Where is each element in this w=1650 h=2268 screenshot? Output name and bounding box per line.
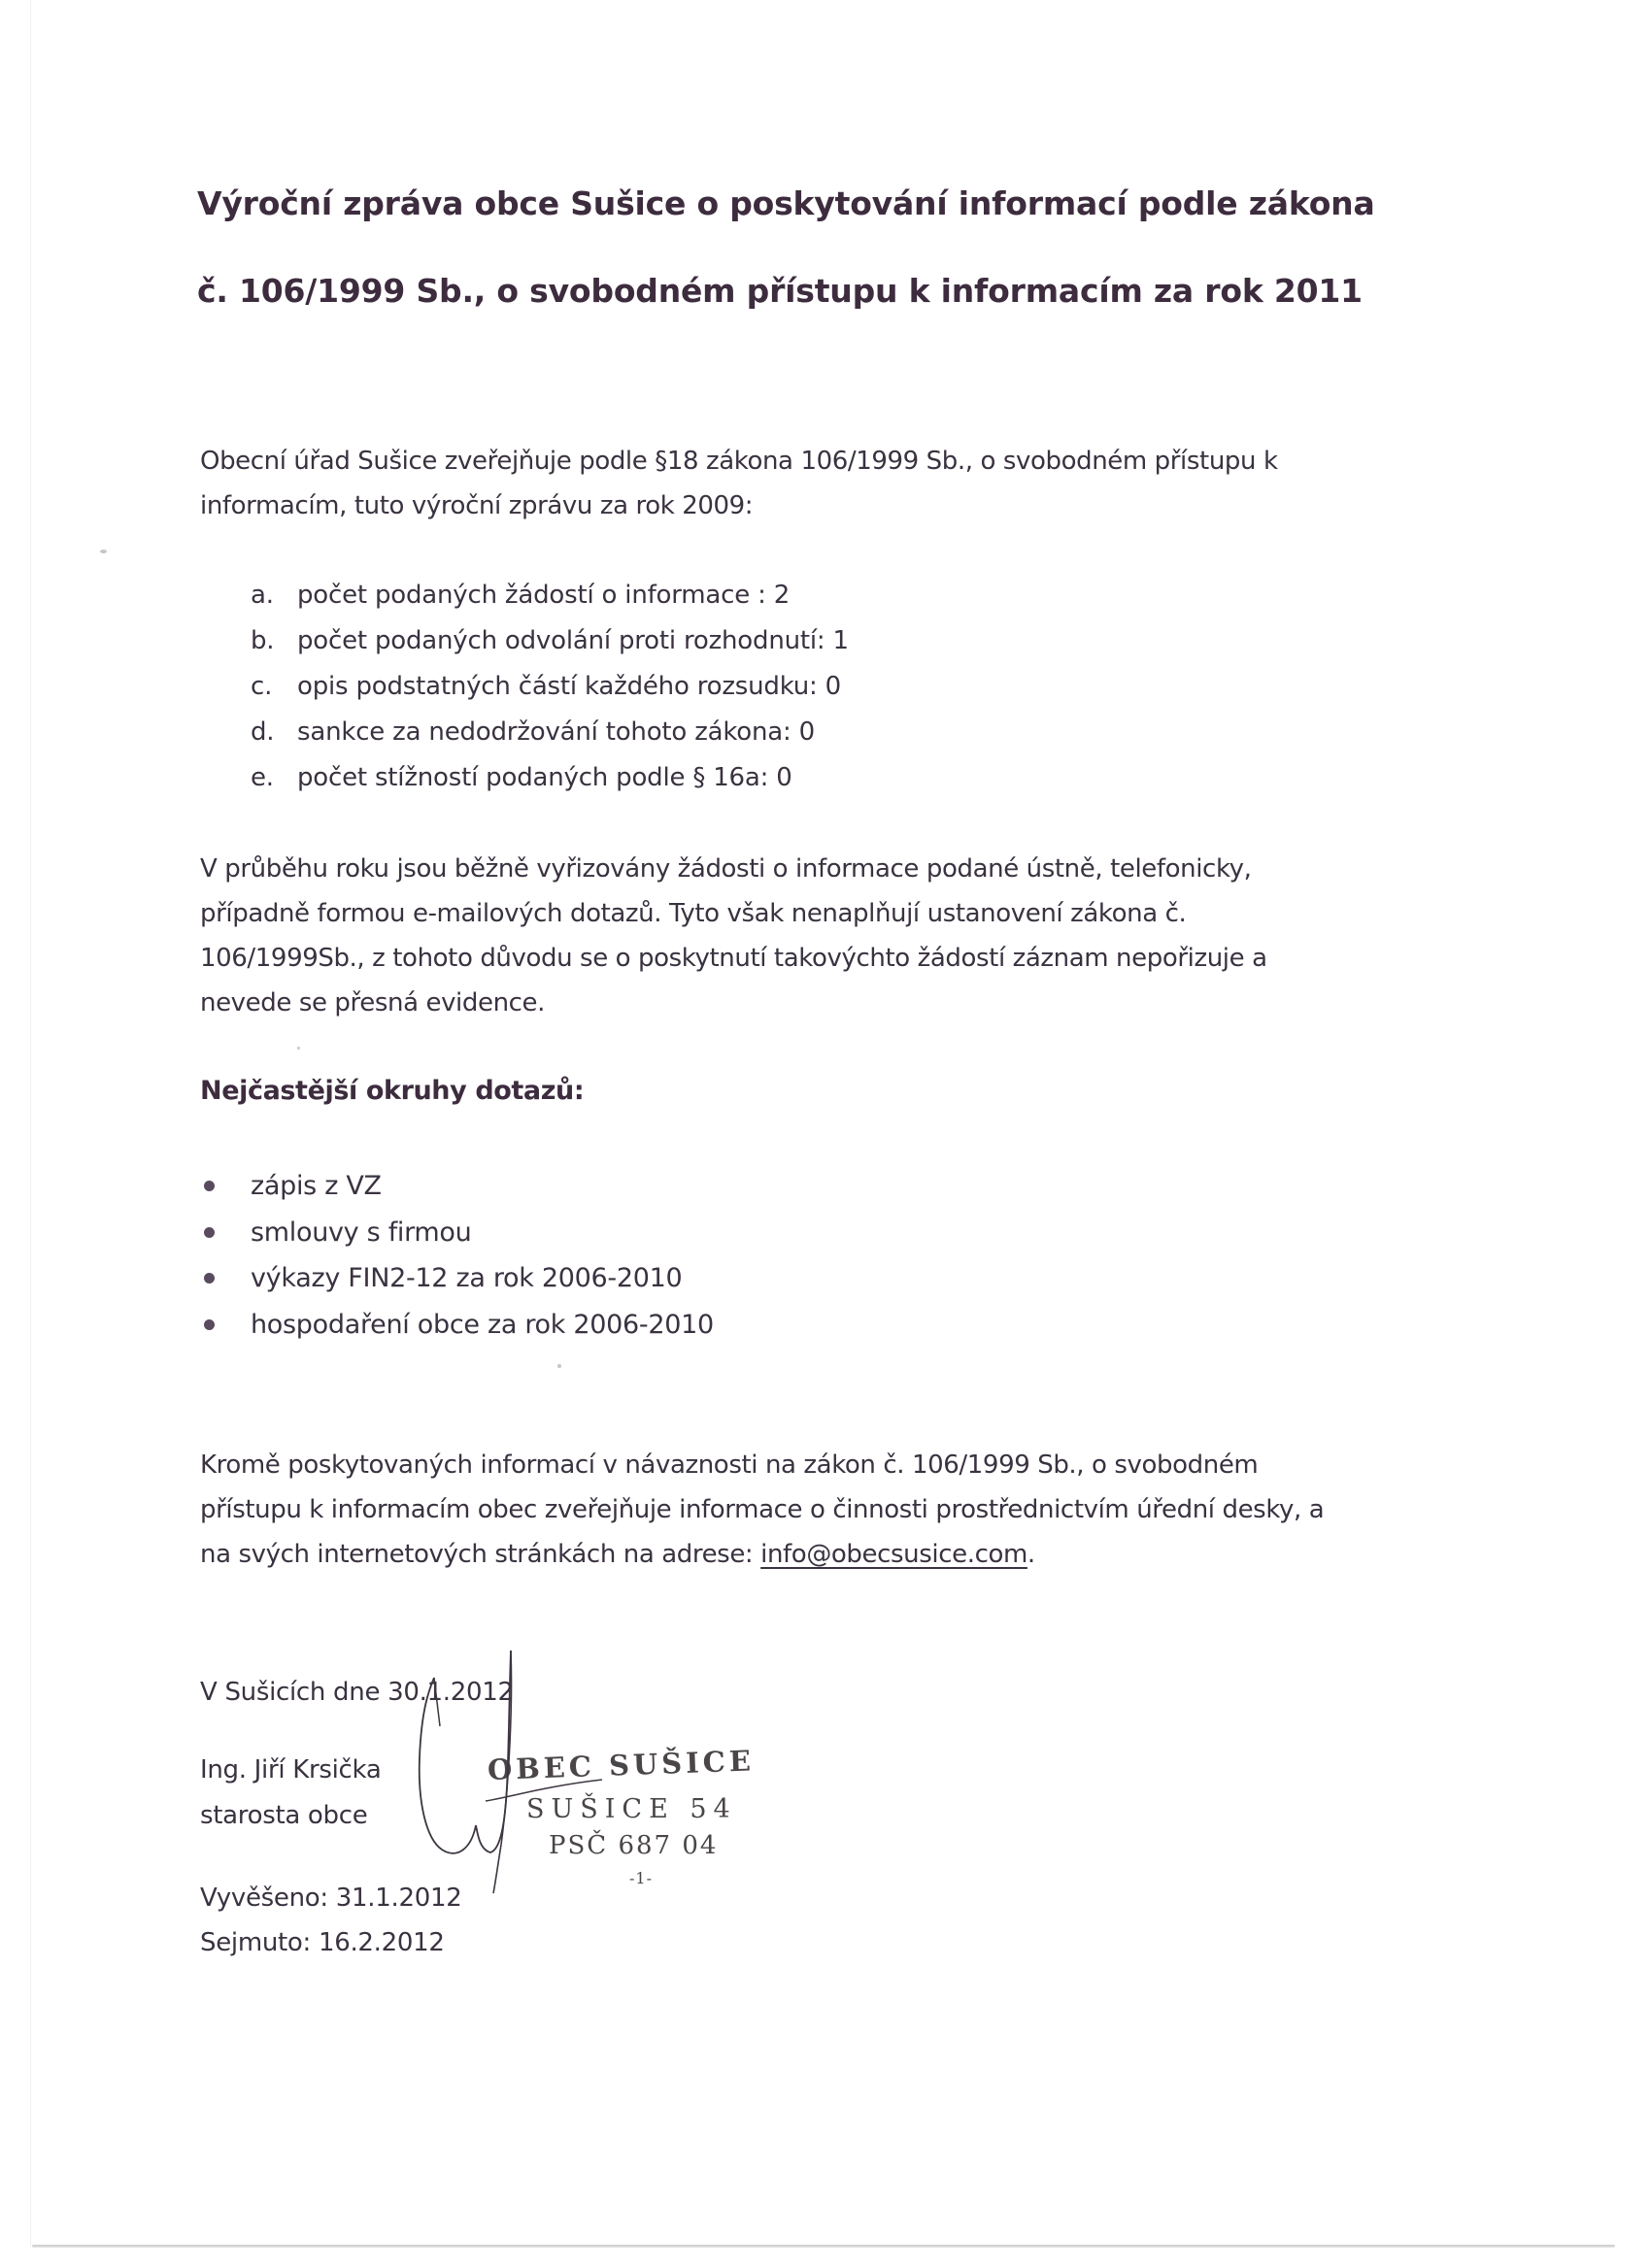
closing-line: přístupu k informacím obec zveřejňuje in… bbox=[200, 1487, 1324, 1532]
closing-line: Kromě poskytovaných informací v návaznos… bbox=[200, 1443, 1324, 1487]
topic-item-text: výkazy FIN2-12 za rok 2006-2010 bbox=[251, 1263, 682, 1293]
list-marker: e. bbox=[251, 755, 274, 801]
closing-line-suffix: . bbox=[1027, 1540, 1035, 1569]
list-marker: c. bbox=[251, 664, 272, 710]
statistics-item: b.počet podaných odvolání proti rozhodnu… bbox=[251, 618, 849, 664]
scan-page-edge-left bbox=[30, 0, 31, 2247]
topic-item: smlouvy s firmou bbox=[200, 1210, 714, 1256]
topic-item: zápis z VZ bbox=[200, 1163, 714, 1210]
statistics-item: a.počet podaných žádostí o informace : 2 bbox=[251, 573, 849, 618]
bullet-icon bbox=[204, 1227, 215, 1238]
email-link[interactable]: info@obecsusice.com bbox=[760, 1540, 1027, 1569]
body-line: V průběhu roku jsou běžně vyřizovány žád… bbox=[200, 847, 1267, 891]
scan-speck bbox=[100, 550, 107, 553]
statistics-item: d.sankce za nedodržování tohoto zákona: … bbox=[251, 710, 849, 755]
statistics-item-text: počet podaných žádostí o informace : 2 bbox=[297, 581, 790, 610]
bullet-icon bbox=[204, 1273, 215, 1284]
topic-item: výkazy FIN2-12 za rok 2006-2010 bbox=[200, 1255, 714, 1302]
statistics-item-text: opis podstatných částí každého rozsudku:… bbox=[297, 672, 841, 701]
document-title-line-1: Výroční zpráva obce Sušice o poskytování… bbox=[197, 184, 1375, 222]
scan-speck bbox=[557, 1364, 561, 1368]
closing-paragraph: Kromě poskytovaných informací v návaznos… bbox=[200, 1443, 1324, 1577]
intro-paragraph: Obecní úřad Sušice zveřejňuje podle §18 … bbox=[200, 439, 1278, 528]
body-line: 106/1999Sb., z tohoto důvodu se o poskyt… bbox=[200, 936, 1267, 981]
body-paragraph: V průběhu roku jsou běžně vyřizovány žád… bbox=[200, 847, 1267, 1025]
body-line: případně formou e-mailových dotazů. Tyto… bbox=[200, 891, 1267, 936]
signatory-role: starosta obce bbox=[200, 1801, 367, 1830]
list-marker: a. bbox=[251, 573, 274, 618]
statistics-list: a.počet podaných žádostí o informace : 2… bbox=[251, 573, 849, 801]
statistics-item-text: sankce za nedodržování tohoto zákona: 0 bbox=[297, 717, 815, 747]
bullet-icon bbox=[204, 1181, 215, 1191]
stamp-line-4: -1- bbox=[629, 1869, 653, 1887]
stamp-line-2: SUŠICE 54 bbox=[526, 1794, 737, 1824]
statistics-item: e.počet stížností podaných podle § 16a: … bbox=[251, 755, 849, 801]
document-title-line-2: č. 106/1999 Sb., o svobodném přístupu k … bbox=[197, 272, 1363, 310]
topic-item-text: smlouvy s firmou bbox=[251, 1217, 471, 1248]
stamp-line-3: PSČ 687 04 bbox=[549, 1831, 718, 1860]
posted-date: Vyvěšeno: 31.1.2012 bbox=[200, 1884, 461, 1913]
bullet-icon bbox=[204, 1319, 215, 1330]
statistics-item-text: počet podaných odvolání proti rozhodnutí… bbox=[297, 626, 849, 655]
body-line: nevede se přesná evidence. bbox=[200, 981, 1267, 1025]
list-marker: b. bbox=[251, 618, 274, 664]
closing-line-prefix: na svých internetových stránkách na adre… bbox=[200, 1540, 760, 1569]
stamp-line-1: OBEC SUŠICE bbox=[487, 1744, 755, 1786]
closing-line: na svých internetových stránkách na adre… bbox=[200, 1532, 1324, 1577]
scan-page-edge-bottom bbox=[32, 2245, 1615, 2248]
intro-line: informacím, tuto výroční zprávu za rok 2… bbox=[200, 484, 1278, 528]
topics-heading: Nejčastější okruhy dotazů: bbox=[200, 1076, 584, 1106]
topic-item: hospodaření obce za rok 2006-2010 bbox=[200, 1302, 714, 1349]
intro-line: Obecní úřad Sušice zveřejňuje podle §18 … bbox=[200, 439, 1278, 484]
scan-speck bbox=[297, 1047, 300, 1050]
list-marker: d. bbox=[251, 710, 274, 755]
statistics-item: c.opis podstatných částí každého rozsudk… bbox=[251, 664, 849, 710]
topic-item-text: zápis z VZ bbox=[251, 1171, 382, 1201]
signatory-name: Ing. Jiří Krsička bbox=[200, 1755, 382, 1784]
place-and-date: V Sušicích dne 30.1.2012 bbox=[200, 1678, 514, 1707]
removed-date: Sejmuto: 16.2.2012 bbox=[200, 1928, 445, 1957]
topic-item-text: hospodaření obce za rok 2006-2010 bbox=[251, 1310, 714, 1340]
statistics-item-text: počet stížností podaných podle § 16a: 0 bbox=[297, 763, 792, 792]
topics-list: zápis z VZ smlouvy s firmou výkazy FIN2-… bbox=[200, 1163, 714, 1348]
